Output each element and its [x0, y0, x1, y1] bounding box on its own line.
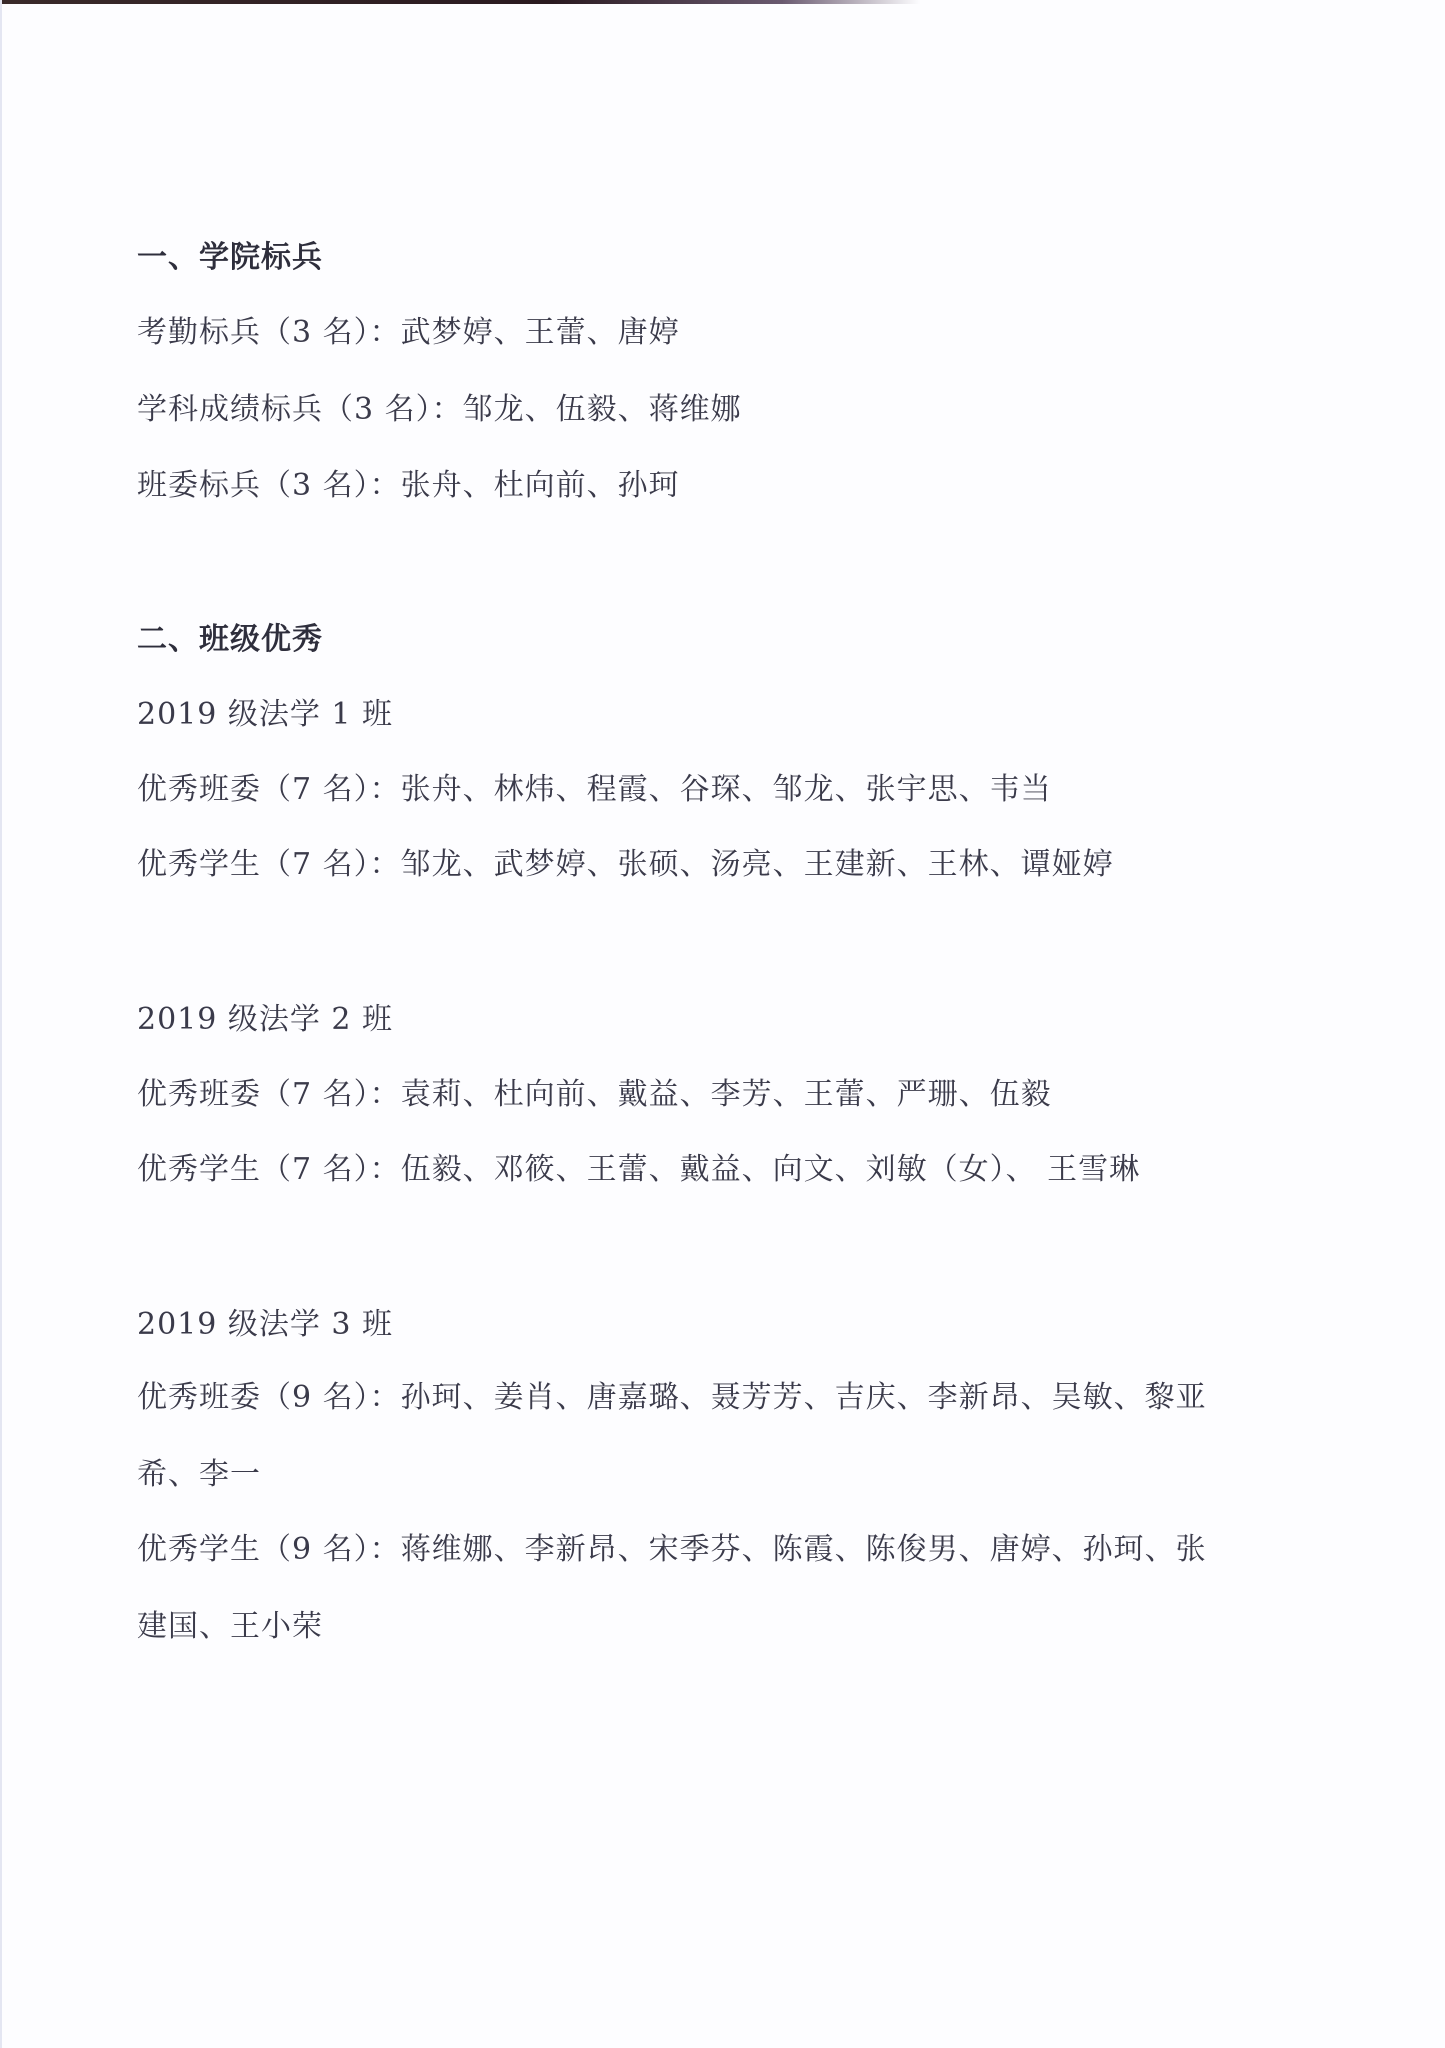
class-1-title: 2019 级法学 1 班	[137, 695, 393, 735]
class-3-committee-label: 优秀班委（9 名）：	[137, 1380, 401, 1415]
class-3-committee-names: 孙珂、姜肖、唐嘉璐、聂芳芳、吉庆、李新昂、吴敏、黎亚	[401, 1380, 1207, 1415]
class-2-committee-line: 优秀班委（7 名）：袁莉、杜向前、戴益、李芳、王蕾、严珊、伍毅	[137, 1075, 1052, 1115]
class-2-committee-names: 袁莉、杜向前、戴益、李芳、王蕾、严珊、伍毅	[401, 1077, 1052, 1112]
class-1-students-names: 邹龙、武梦婷、张硕、汤亮、王建新、王林、谭娅婷	[401, 847, 1114, 882]
class-1-students-label: 优秀学生（7 名）：	[137, 847, 401, 882]
document-page: 一、学院标兵 考勤标兵（3 名）：武梦婷、王蕾、唐婷 学科成绩标兵（3 名）：邹…	[0, 0, 1445, 2048]
class-3-students-line: 优秀学生（9 名）：蒋维娜、李新昂、宋季芬、陈霞、陈俊男、唐婷、孙珂、张	[137, 1530, 1207, 1570]
class-2-committee-label: 优秀班委（7 名）：	[137, 1077, 401, 1112]
academic-model-line: 学科成绩标兵（3 名）：邹龙、伍毅、蒋维娜	[137, 390, 742, 430]
class-3-students-continuation: 建国、王小荣	[137, 1607, 323, 1647]
class-2-title: 2019 级法学 2 班	[137, 1000, 393, 1040]
class-2-students-label: 优秀学生（7 名）：	[137, 1152, 401, 1187]
committee-model-label: 班委标兵（3 名）：	[137, 468, 401, 503]
class-1-committee-label: 优秀班委（7 名）：	[137, 772, 401, 807]
class-2-students-line: 优秀学生（7 名）：伍毅、邓筱、王蕾、戴益、向文、刘敏（女）、 王雪琳	[137, 1150, 1140, 1190]
class-1-committee-line: 优秀班委（7 名）：张舟、林炜、程霞、谷琛、邹龙、张宇思、韦当	[137, 770, 1052, 810]
class-1-students-line: 优秀学生（7 名）：邹龙、武梦婷、张硕、汤亮、王建新、王林、谭娅婷	[137, 845, 1114, 885]
class-3-committee-continuation: 希、李一	[137, 1455, 261, 1495]
committee-model-names: 张舟、杜向前、孙珂	[401, 468, 680, 503]
attendance-model-line: 考勤标兵（3 名）：武梦婷、王蕾、唐婷	[137, 313, 680, 353]
academic-model-label: 学科成绩标兵（3 名）：	[137, 392, 463, 427]
class-3-committee-line: 优秀班委（9 名）：孙珂、姜肖、唐嘉璐、聂芳芳、吉庆、李新昂、吴敏、黎亚	[137, 1378, 1207, 1418]
class-2-students-names: 伍毅、邓筱、王蕾、戴益、向文、刘敏（女）、 王雪琳	[401, 1152, 1141, 1187]
class-3-title: 2019 级法学 3 班	[137, 1305, 393, 1345]
attendance-model-names: 武梦婷、王蕾、唐婷	[401, 315, 680, 350]
class-3-students-label: 优秀学生（9 名）：	[137, 1532, 401, 1567]
class-1-committee-names: 张舟、林炜、程霞、谷琛、邹龙、张宇思、韦当	[401, 772, 1052, 807]
section-heading-college-models: 一、学院标兵	[137, 238, 323, 278]
attendance-model-label: 考勤标兵（3 名）：	[137, 315, 401, 350]
section-heading-class-excellence: 二、班级优秀	[137, 620, 323, 660]
committee-model-line: 班委标兵（3 名）：张舟、杜向前、孙珂	[137, 466, 680, 506]
class-3-students-names: 蒋维娜、李新昂、宋季芬、陈霞、陈俊男、唐婷、孙珂、张	[401, 1532, 1207, 1567]
academic-model-names: 邹龙、伍毅、蒋维娜	[463, 392, 742, 427]
